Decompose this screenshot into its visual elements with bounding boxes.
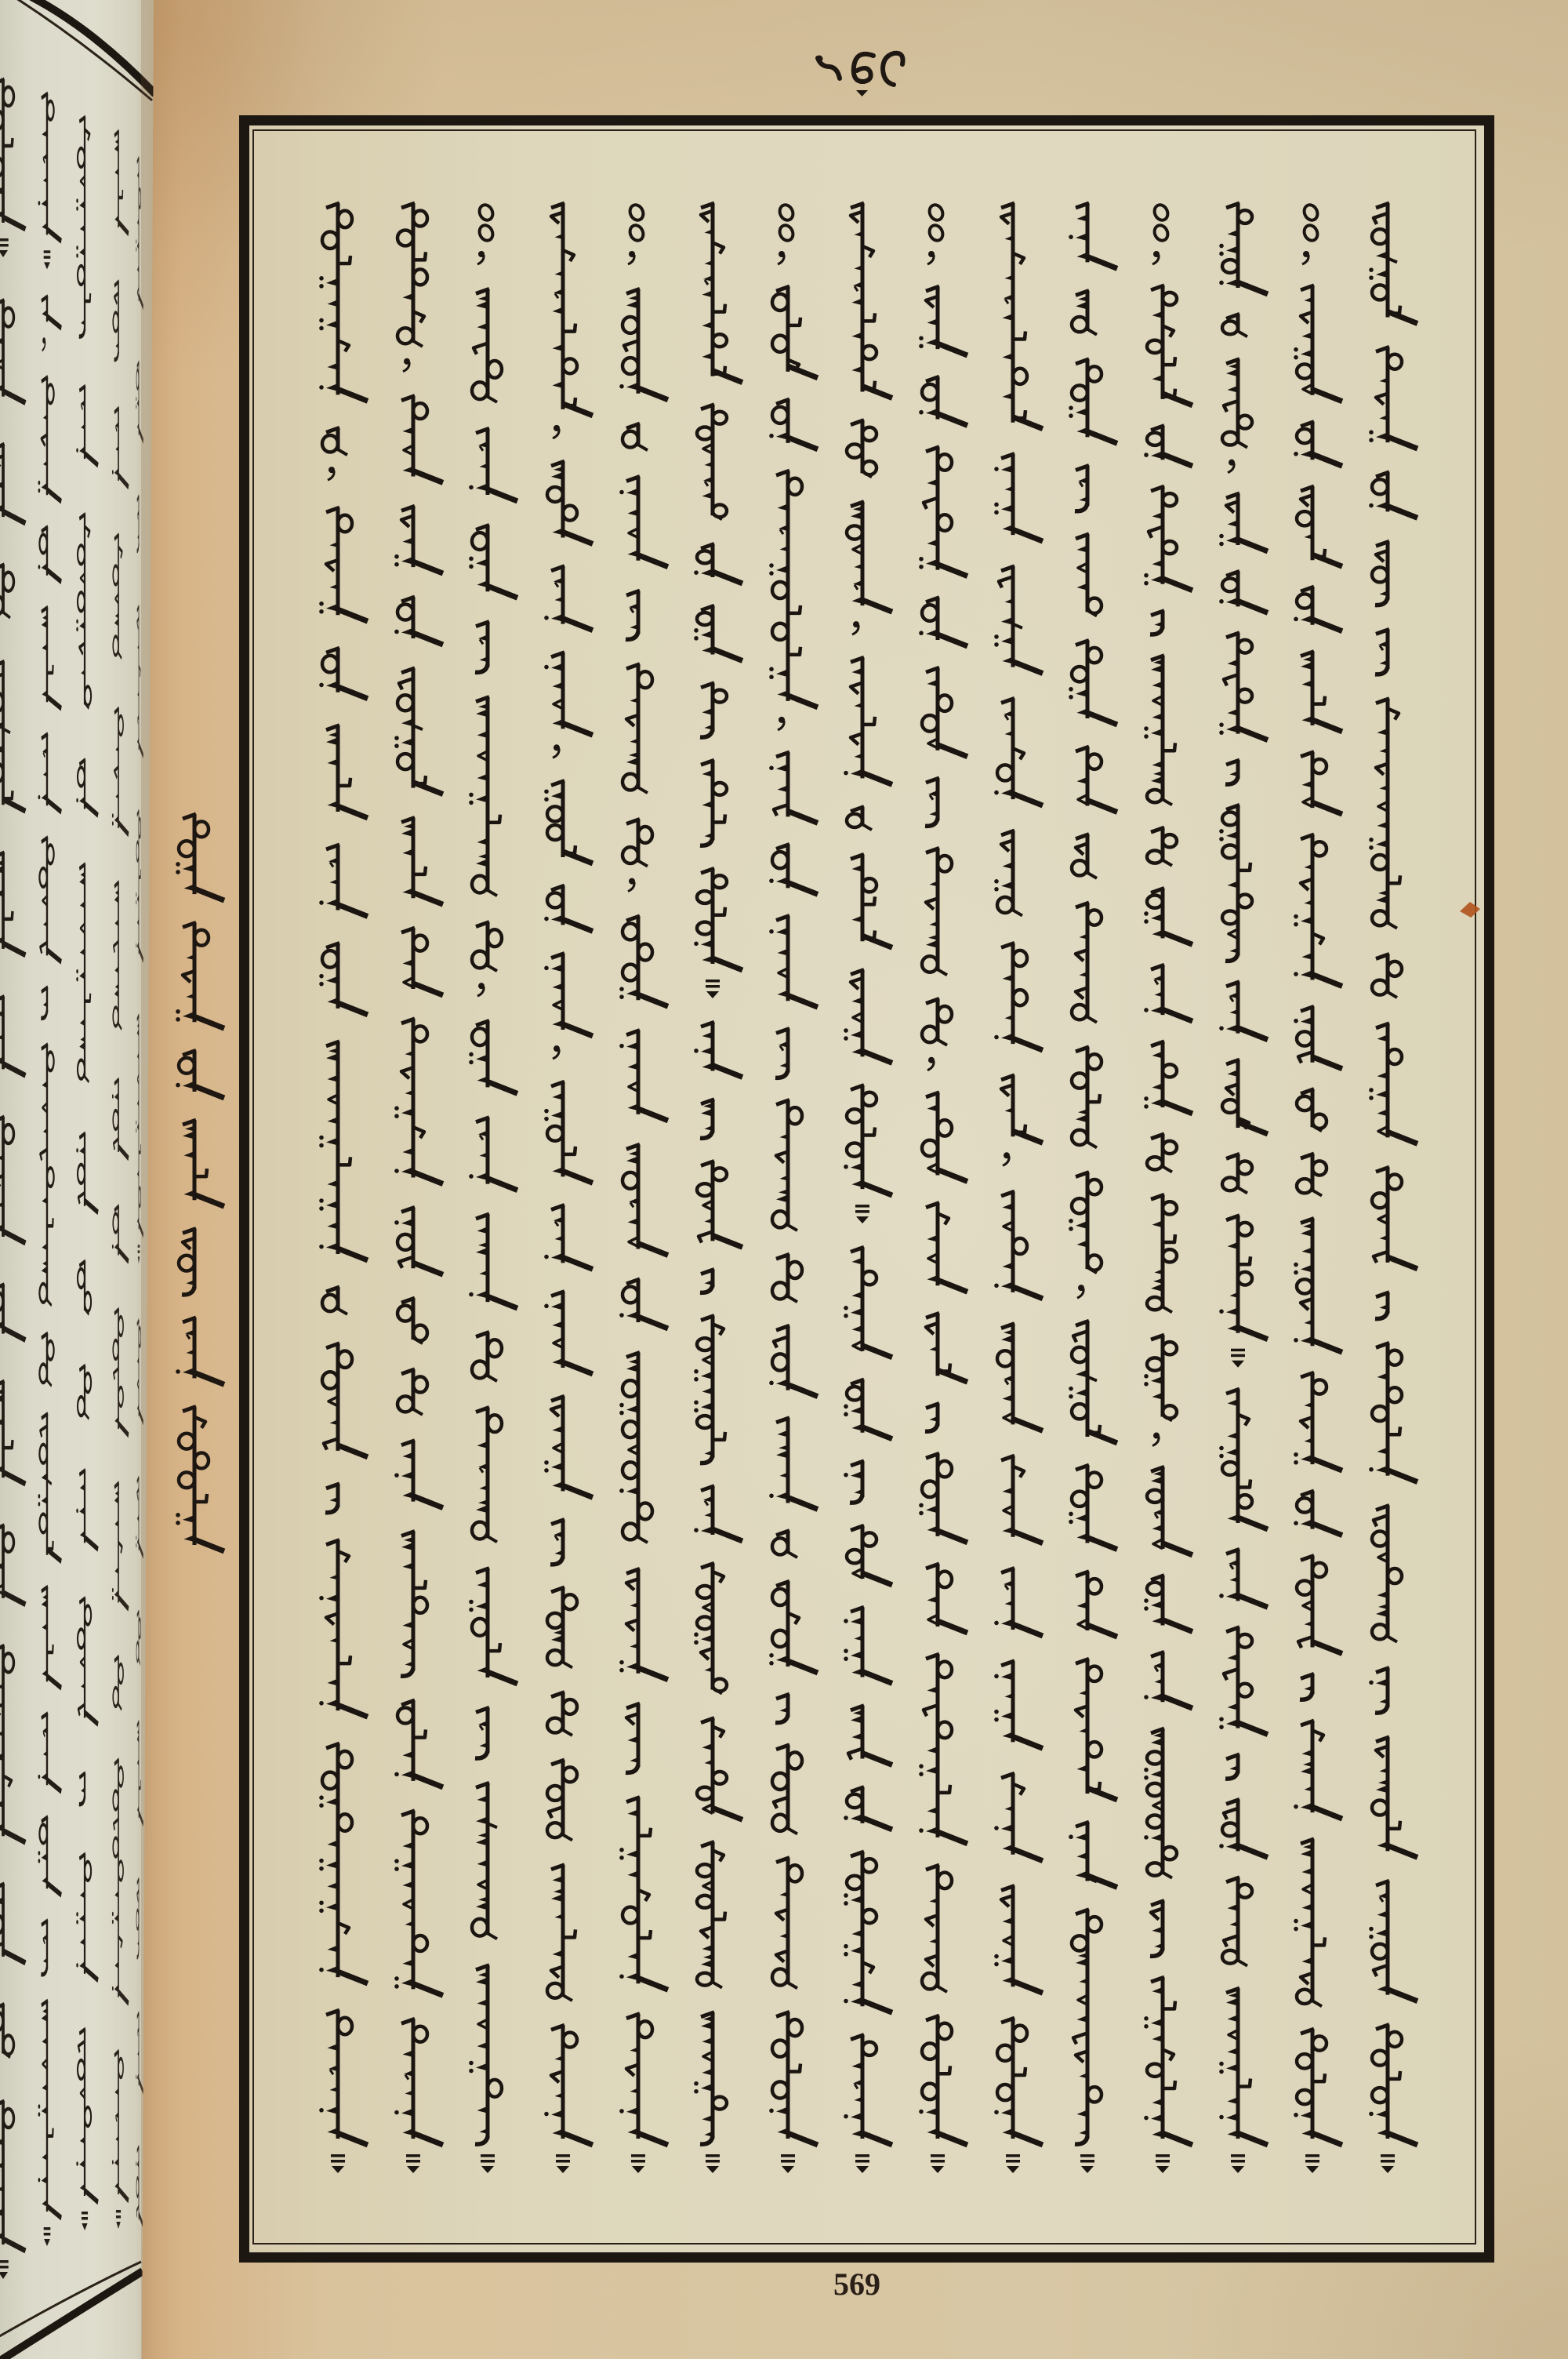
mongolian-glyph	[1297, 486, 1342, 566]
mongolian-glyph	[1069, 359, 1117, 443]
mongolian-glyph	[544, 1292, 593, 1375]
mongolian-glyph	[769, 1325, 818, 1396]
mongolian-glyph	[1144, 1728, 1177, 1878]
text-column-9: ᠑᠓᠂ ᠴᠠᠭ ᠤᠨ ᠲᠡᠮᠳᠡᠭ ᠦᠨ ᠡᠳᠦᠷ ᠶᠢ ᠪᠢᠴᠢᠬᠦ ᠳᠦ᠂ …	[906, 202, 982, 2176]
mongolian-glyph	[847, 502, 892, 612]
mongolian-glyph	[619, 2014, 668, 2145]
mongolian-glyph	[1375, 629, 1389, 674]
mongolian-glyph	[628, 878, 635, 892]
mongolian-glyph	[994, 943, 1043, 1050]
page-number-mongolian: ᠕᠖᠙	[808, 43, 917, 106]
mongolian-glyph	[994, 1568, 1043, 1636]
mongolian-glyph	[919, 1453, 967, 1543]
mongolian-glyph	[394, 1441, 443, 1508]
script-glyphs	[757, 202, 832, 2176]
script-glyphs	[831, 202, 906, 2176]
mongolian-glyph	[1369, 1023, 1417, 1143]
mongolian-glyph	[176, 922, 224, 1028]
mongolian-glyph	[397, 1298, 427, 1343]
mongolian-glyph	[619, 1279, 668, 1329]
mongolian-glyph	[919, 376, 967, 425]
mongolian-glyph	[1072, 834, 1097, 878]
mongolian-glyph	[994, 831, 1022, 916]
mongolian-glyph	[1001, 203, 1043, 429]
mongolian-glyph	[769, 471, 818, 707]
text-column-2: ᠪᠣᠯᠪᠠᠰᠤ᠂ ᠲᠡᠷᠡ ᠴᠠᠭ ᠤᠨ ᠮᠣᠩᠭᠣᠯ ᠬᠡᠯᠡ ᠪᠡᠷ ᠪᠢᠴ…	[382, 202, 457, 2176]
mongolian-glyph	[694, 868, 742, 970]
script-glyphs	[982, 202, 1057, 2176]
mongolian-glyph	[619, 289, 668, 399]
mongolian-glyph	[1294, 834, 1342, 987]
mongolian-glyph	[477, 203, 495, 243]
mongolian-glyph	[1225, 760, 1240, 784]
mongolian-glyph	[544, 885, 593, 931]
mongolian-glyph	[926, 1564, 967, 1633]
mongolian-glyph	[544, 1205, 593, 1270]
mongolian-glyph	[1231, 2154, 1245, 2173]
mongolian-glyph	[619, 1030, 668, 1121]
mongolian-glyph	[844, 1461, 864, 1503]
mongolian-glyph	[1072, 291, 1097, 335]
mongolian-glyph	[319, 1041, 368, 1260]
mongolian-glyph	[847, 420, 877, 478]
mongolian-glyph	[1144, 1576, 1192, 1632]
mongolian-glyph	[622, 1144, 668, 1255]
mongolian-glyph	[1372, 541, 1389, 605]
mongolian-glyph	[927, 203, 946, 243]
mongolian-glyph	[994, 1886, 1043, 1994]
mongolian-glyph	[469, 428, 517, 501]
mongolian-glyph	[626, 1703, 640, 1772]
mongolian-glyph	[1152, 203, 1171, 243]
mongolian-glyph	[394, 2019, 443, 2145]
mongolian-glyph	[778, 717, 785, 730]
mongolian-glyph	[772, 1858, 802, 1989]
mongolian-glyph	[547, 1692, 577, 1736]
mongolian-glyph	[183, 1120, 224, 1206]
mongolian-glyph	[1001, 1456, 1043, 1543]
mongolian-glyph	[551, 203, 593, 416]
mongolian-glyph	[628, 251, 635, 264]
mongolian-glyph	[1219, 805, 1252, 961]
mongolian-glyph	[1381, 2154, 1395, 2173]
mongolian-glyph	[619, 477, 668, 567]
mongolian-glyph	[469, 697, 500, 896]
mongolian-glyph	[922, 998, 952, 1045]
mongolian-glyph	[401, 817, 443, 904]
text-column-5: ᠑᠑᠂ ᠬᠦᠮᠦᠨ ᠦ ᠨᠡᠷ᠎ᠡ ᠶᠢ ᠪᠢᠴᠢᠬᠦ ᠳᠦ᠂ ᠣᠪᠤᠭ ᠨᠡᠷ…	[607, 202, 682, 2176]
mongolian-glyph	[401, 396, 443, 483]
mongolian-glyph	[1144, 1977, 1192, 2145]
mongolian-glyph	[394, 1700, 443, 1787]
mongolian-glyph	[394, 506, 443, 573]
script-glyphs	[382, 202, 457, 2176]
mongolian-glyph	[926, 1203, 967, 1292]
mongolian-glyph	[394, 1019, 443, 1184]
mongolian-glyph	[472, 1407, 502, 1542]
mongolian-glyph	[1147, 1194, 1177, 1312]
mongolian-glyph	[1294, 2029, 1342, 2145]
mongolian-glyph	[1077, 1285, 1084, 1298]
mongolian-glyph	[775, 1694, 789, 1723]
mongolian-glyph	[319, 1743, 368, 1983]
mongolian-glyph	[925, 1403, 939, 1431]
mongolian-glyph	[769, 752, 818, 823]
mongolian-glyph	[1219, 1216, 1268, 1339]
script-glyphs	[1056, 202, 1131, 2176]
text-column-3: ᠑᠐᠂ ᠬᠠᠮᠲᠤ ᠶᠢᠨ ᠦᠭᠡ ᠶᠢ ᠬᠡᠷᠡᠭᠯᠡᠬᠦ ᠳᠦ᠂ ᠦᠭᠡ ᠶ…	[456, 202, 532, 2176]
mongolian-glyph	[1294, 1839, 1325, 2006]
mongolian-glyph	[1294, 1218, 1342, 1352]
mongolian-glyph	[619, 1568, 668, 1679]
mongolian-glyph	[694, 1315, 725, 1463]
mongolian-glyph	[1294, 1006, 1342, 1068]
mongolian-glyph	[544, 1396, 593, 1497]
mongolian-glyph	[556, 2154, 570, 2173]
mongolian-glyph	[1294, 587, 1342, 631]
mongolian-glyph	[1006, 2154, 1020, 2173]
mongolian-glyph	[694, 1022, 742, 1077]
mongolian-glyph	[394, 1811, 443, 1996]
text-column-8: ᠵᠢᠱᠢᠶᠡᠯᠡᠪᠡᠯ ᠲᠥᠪ ᠬᠣᠷᠢᠶ᠎ᠠ᠂ ᠠᠵᠢᠯᠴᠢᠨ ᠤ ᠡᠪᠯᠡᠯ…	[831, 202, 906, 2176]
mongolian-glyph	[319, 203, 368, 401]
mongolian-glyph	[697, 1161, 742, 1247]
mongolian-glyph	[553, 744, 560, 758]
text-column-13: ᠲᠡᠭᠦᠨ ᠦ ᠬᠠᠮᠲᠤ᠂ ᠴᠡᠭ ᠦᠨ ᠲᠡᠮᠳᠡᠭ ᠢ ᠥᠭᠦᠯᠡᠪᠦᠷᠢ…	[1207, 202, 1282, 2176]
mongolian-glyph	[475, 1707, 489, 1758]
mongolian-glyph	[397, 1369, 427, 1415]
mongolian-glyph	[1219, 633, 1268, 740]
mongolian-glyph	[1302, 203, 1320, 243]
mongolian-glyph	[1076, 534, 1102, 616]
mongolian-glyph	[925, 778, 939, 826]
mongolian-glyph	[997, 1324, 1043, 1431]
mongolian-glyph	[547, 1760, 577, 1841]
mongolian-glyph	[469, 1118, 517, 1190]
book-page-photo: { "page": { "page_number_mongolian": "᠕᠖…	[0, 0, 1568, 2359]
mongolian-glyph	[1222, 1154, 1252, 1193]
mongolian-glyph	[1369, 472, 1417, 518]
mongolian-glyph	[1302, 251, 1309, 264]
mongolian-numeral-glyphs	[808, 43, 917, 106]
mongolian-glyph	[1294, 422, 1342, 467]
mongolian-glyph	[694, 2012, 727, 2144]
mongolian-glyph	[1369, 1668, 1389, 1714]
mongolian-glyph	[622, 664, 652, 793]
mongolian-glyph	[1069, 1465, 1117, 1549]
mongolian-glyph	[176, 1050, 224, 1098]
mongolian-glyph	[544, 954, 593, 1037]
mongolian-glyph	[1219, 1549, 1268, 1607]
mongolian-glyph	[994, 566, 1043, 674]
mongolian-glyph	[631, 2154, 645, 2173]
script-glyphs	[1207, 202, 1282, 2176]
mongolian-glyph	[769, 1581, 818, 1673]
mongolian-glyph	[1144, 1335, 1177, 1420]
mongolian-glyph	[1372, 1505, 1402, 1641]
mongolian-glyph	[547, 1865, 575, 2001]
mongolian-glyph	[328, 467, 335, 480]
mongolian-glyph	[1294, 285, 1342, 402]
mongolian-glyph	[1150, 1900, 1164, 1956]
mongolian-glyph	[553, 425, 560, 438]
mongolian-glyph	[544, 1081, 593, 1183]
mongolian-glyph	[544, 2025, 593, 2145]
mongolian-glyph	[1080, 2154, 1094, 2173]
mongolian-glyph	[397, 203, 427, 347]
mongolian-glyph	[176, 1406, 224, 1551]
mongolian-glyph	[1300, 1674, 1314, 1699]
mongolian-glyph	[322, 1287, 347, 1314]
mongolian-glyph	[1297, 1089, 1327, 1132]
facing-page: ᠪᠣᠯᠤᠨ᠎ᠠ᠃ ᠲᠡᠷᠡ ᠴᠠᠭ ᠲᠤ ᠮᠣᠩᠭᠣᠯ ᠬᠡᠯᠡ ᠶᠢᠨ ᠪᠢᠴ…	[0, 0, 157, 2359]
running-header: ᠲᠣᠭ᠎ᠠ ᠪᠢᠴᠢᠭ ᠦᠨ ᠬᠡᠯᠡ ᠵᠦᠢ ᠶᠢᠨ ᠰᠤᠳᠤᠯᠭ᠎ᠠ	[163, 813, 238, 1553]
mongolian-glyph	[619, 1797, 668, 1990]
mongolian-glyph	[1001, 1075, 1043, 1143]
mongolian-glyph	[469, 1965, 502, 2144]
mongolian-glyph	[472, 1783, 497, 1939]
mongolian-glyph	[1219, 1389, 1268, 1529]
mongolian-glyph	[1144, 486, 1192, 591]
mongolian-glyph	[1225, 1754, 1240, 1779]
script-glyphs	[681, 202, 757, 2176]
text-column-7: ᠑᠒᠂ ᠤᠯᠤᠰ ᠤᠨ ᠪᠠᠶᠢᠭᠤᠯᠤᠯᠭ᠎ᠠ᠂ ᠨᠠᠮ ᠤᠨ ᠨᠡᠷ᠎ᠡ ᠶ…	[757, 202, 832, 2176]
script-glyphs	[906, 202, 982, 2176]
mongolian-glyph	[1147, 285, 1192, 405]
mongolian-glyph	[1069, 1172, 1102, 1274]
mongolian-glyph	[1219, 982, 1268, 1040]
text-column-1: ᠪᠣᠯᠭᠠᠭᠰᠠᠨ ᠤ᠂ ᠪᠢᠴᠢᠭ ᠦᠨ ᠬᠡᠯᠡ ᠶᠢᠨ ᠦᠭᠡ ᠬᠡᠷᠡᠭ…	[307, 202, 382, 2176]
mongolian-glyph	[1222, 1877, 1252, 1966]
mongolian-glyph	[1150, 611, 1164, 634]
text-column-15: ᠮᠣᠩᠭᠣᠯ ᠪᠢᠴᠢᠭ ᠦᠨ ᠵᠦᠢ ᠶᠢ ᠰᠠᠢᠵᠢᠷᠠᠭᠤᠯᠬᠤ ᠳᠤ ᠡ…	[1356, 202, 1432, 2176]
mongolian-glyph	[1222, 314, 1247, 336]
mongolian-glyph	[1144, 1041, 1192, 1114]
mongolian-glyph	[1076, 747, 1117, 812]
facing-page-frame-curves	[0, 0, 157, 2359]
mongolian-glyph	[176, 1318, 224, 1384]
mongolian-glyph	[319, 648, 368, 699]
mongolian-glyph	[1369, 699, 1400, 929]
mongolian-glyph	[700, 1270, 714, 1293]
mongolian-glyph	[319, 2010, 368, 2145]
mongolian-glyph	[1075, 466, 1089, 511]
mongolian-glyph	[1144, 426, 1192, 467]
script-glyphs	[607, 202, 682, 2176]
mongolian-glyph	[694, 543, 742, 583]
mongolian-glyph	[1222, 1060, 1268, 1134]
mongolian-glyph	[331, 2154, 345, 2173]
mongolian-glyph	[401, 1531, 427, 1676]
mongolian-glyph	[319, 845, 368, 916]
mongolian-glyph	[1076, 1659, 1117, 1800]
mongolian-glyph	[1301, 752, 1342, 814]
mongolian-glyph	[619, 916, 668, 1006]
mongolian-glyph	[994, 1661, 1043, 1749]
mongolian-glyph	[694, 1486, 742, 1541]
mongolian-glyph	[547, 1587, 577, 1668]
mongolian-glyph	[553, 1045, 560, 1059]
mongolian-glyph	[994, 453, 1043, 541]
mongolian-glyph	[469, 1021, 517, 1094]
mongolian-glyph	[919, 447, 967, 576]
mongolian-glyph	[706, 2154, 720, 2173]
text-column-10: ᠵᠢᠱᠢᠶᠡᠯᠡᠪᠡᠯ ᠨᠢᠭᠡ ᠮᠢᠩᠭ᠎ᠠ ᠶᠢᠰᠦᠨ ᠵᠠᠭᠤ ᠲᠠᠪᠢᠨ…	[982, 202, 1057, 2176]
mongolian-glyph	[844, 969, 892, 1063]
mongolian-glyph	[697, 1842, 725, 1988]
mongolian-glyph	[772, 1100, 802, 1230]
mongolian-glyph	[544, 780, 593, 863]
mongolian-glyph	[931, 2154, 945, 2173]
mongolian-glyph	[706, 980, 720, 998]
mongolian-glyph	[994, 1773, 1043, 1861]
mongolian-glyph	[622, 819, 652, 866]
text-column-6: ᠵᠢᠱᠢᠶᠡᠯᠡᠪᠡᠯ ᠪᠤᠷᠢᠶᠠᠳ ᠤᠨ ᠦᠭᠡ ᠲᠡᠢ ᠠᠳᠠᠯᠢ ᠪᠣᠯ…	[681, 202, 757, 2176]
text-column-14: ᠑᠕᠂ ᠢᠵᠠᠭᠤᠷ ᠤᠨ ᠵᠦᠢᠯ ᠦᠨ ᠬᠡᠯᠡ ᠪᠡᠷ ᠪᠢᠴᠢᠭᠰᠡᠨ …	[1281, 202, 1356, 2176]
mongolian-glyph	[697, 1718, 742, 1820]
mongolian-glyph	[1222, 359, 1252, 448]
mongolian-glyph	[844, 1379, 892, 1439]
mongolian-glyph	[1301, 652, 1342, 732]
mongolian-glyph	[994, 698, 1043, 805]
mongolian-glyph	[472, 922, 502, 972]
mongolian-glyph	[1294, 1372, 1342, 1470]
mongolian-glyph	[847, 807, 872, 831]
mongolian-glyph	[1369, 347, 1417, 449]
mongolian-glyph	[319, 507, 368, 621]
mongolian-glyph	[550, 1520, 564, 1565]
script-glyphs	[1131, 202, 1207, 2176]
mongolian-glyph	[326, 725, 368, 818]
mongolian-glyph	[1231, 1349, 1245, 1368]
mongolian-glyph	[1294, 1721, 1342, 1819]
mongolian-glyph	[919, 598, 967, 646]
mongolian-glyph	[1003, 1152, 1010, 1165]
mongolian-glyph	[927, 251, 935, 264]
mongolian-glyph	[694, 1563, 727, 1693]
mongolian-glyph	[1375, 1292, 1389, 1319]
text-column-4: ᠵᠢᠱᠢᠶᠡᠯᠡᠪᠡᠯ᠂ ᠬᠣᠲᠠ ᠶᠢᠨ ᠨᠡᠷ᠎ᠡ᠂ ᠭᠣᠣᠯ ᠤᠨ ᠨᠡᠷ…	[532, 202, 607, 2176]
mongolian-glyph	[1219, 493, 1268, 551]
mongolian-glyph	[847, 1525, 892, 1585]
mongolian-glyph	[1069, 1822, 1117, 1887]
mongolian-glyph	[922, 1092, 967, 1182]
mongolian-glyph	[1072, 903, 1102, 1023]
mongolian-glyph	[1147, 1467, 1192, 1554]
mongolian-glyph	[844, 1247, 892, 1358]
mongolian-glyph	[406, 2154, 420, 2173]
mongolian-glyph	[844, 1607, 892, 1683]
mongolian-glyph	[700, 683, 727, 737]
mongolian-glyph	[844, 657, 892, 784]
mongolian-glyph	[1144, 1652, 1192, 1708]
mongolian-glyph	[1144, 965, 1192, 1021]
mongolian-glyph	[769, 1418, 818, 1510]
mongolian-glyph	[319, 1540, 368, 1717]
mongolian-glyph	[994, 1191, 1043, 1299]
mongolian-glyph	[775, 1028, 789, 1078]
mongolian-glyph	[778, 203, 796, 243]
mongolian-glyph	[994, 2018, 1043, 2145]
mongolian-glyph	[700, 760, 727, 845]
mongolian-glyph	[1219, 571, 1268, 612]
mongolian-glyph	[697, 405, 727, 519]
mongolian-glyph	[778, 251, 785, 264]
mongolian-glyph	[1294, 1491, 1342, 1536]
mongolian-glyph	[922, 1865, 952, 1992]
mongolian-glyph	[769, 2012, 818, 2145]
mongolian-glyph	[622, 423, 648, 450]
mongolian-glyph	[1297, 1154, 1327, 1196]
mongolian-glyph	[469, 1568, 517, 1684]
mongolian-glyph	[769, 399, 818, 449]
mongolian-glyph	[1219, 1988, 1268, 2145]
mongolian-glyph	[1152, 1433, 1160, 1446]
mongolian-glyph	[844, 1852, 892, 2012]
mongolian-glyph	[394, 668, 443, 794]
mongolian-glyph	[1305, 2154, 1319, 2173]
mongolian-glyph	[544, 566, 593, 631]
mongolian-glyph	[477, 983, 485, 996]
mongolian-glyph	[472, 1332, 502, 1382]
mongolian-glyph	[394, 1207, 443, 1274]
script-glyphs	[532, 202, 607, 2176]
mongolian-glyph	[852, 621, 859, 634]
script-glyphs	[307, 202, 382, 2176]
mongolian-glyph	[700, 1100, 714, 1139]
mongolian-glyph	[1072, 1047, 1102, 1148]
mongolian-glyph	[1369, 1343, 1417, 1481]
mongolian-glyph	[1147, 1134, 1177, 1172]
mongolian-glyph	[469, 525, 517, 598]
mongolian-glyph	[927, 1057, 935, 1070]
mongolian-glyph	[844, 1787, 892, 1830]
mongolian-glyph	[772, 1531, 797, 1558]
mongolian-glyph	[1144, 889, 1192, 945]
mongolian-glyph	[325, 1484, 339, 1513]
mongolian-glyph	[769, 845, 818, 895]
mongolian-glyph	[1297, 1555, 1342, 1653]
mongolian-glyph	[469, 1214, 517, 1308]
mongolian-glyph	[477, 251, 485, 264]
mongolian-glyph	[1144, 656, 1175, 805]
mongolian-glyph	[1156, 2154, 1170, 2173]
mongolian-glyph	[619, 1352, 652, 1543]
mongolian-glyph	[322, 1343, 368, 1457]
mongolian-glyph	[628, 203, 646, 243]
mongolian-glyph	[472, 289, 502, 402]
mongolian-glyph	[1369, 2025, 1417, 2145]
mongolian-glyph	[694, 605, 742, 660]
mongolian-glyph	[844, 1085, 892, 1196]
mongolian-glyph	[922, 848, 952, 975]
mongolian-glyph	[475, 622, 489, 673]
mongolian-glyph	[1219, 1799, 1268, 1857]
mongolian-glyph	[626, 591, 640, 639]
mongolian-glyph	[919, 286, 967, 355]
mongolian-glyph	[1372, 954, 1402, 998]
mongolian-glyph	[1069, 1321, 1117, 1443]
mongolian-glyph	[403, 358, 410, 372]
mongolian-glyph	[401, 928, 443, 995]
mongolian-glyph	[926, 1313, 967, 1382]
mongolian-glyph	[319, 943, 368, 1014]
mongolian-glyph	[1228, 460, 1235, 473]
mongolian-glyph	[1152, 251, 1160, 264]
text-column-11: ᠡᠨᠡ ᠬᠦ ᠲᠣᠭ᠎ᠠ ᠶᠢ ᠠᠷᠠᠪ ᠲᠣᠭ᠎ᠠ ᠪᠡᠷ ᠴᠦ ᠪᠢᠴᠢᠵᠦ…	[1056, 202, 1131, 2176]
mongolian-glyph	[1219, 1627, 1268, 1735]
script-glyphs	[456, 202, 532, 2176]
